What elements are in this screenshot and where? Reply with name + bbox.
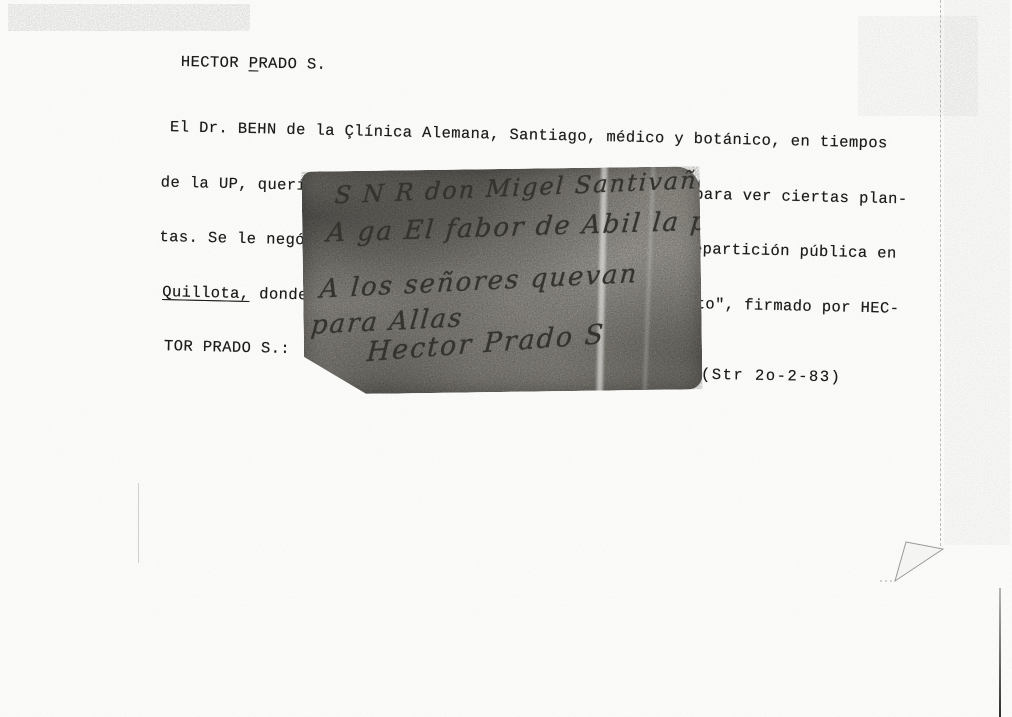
heading-underlined-letter: P [249,54,259,72]
right-edge-speckle-column [944,0,1010,545]
source-caption: (Str 2o-2-83) [701,366,842,387]
underlined-word: Quillota, [162,283,250,303]
line-text: El Dr. BEHN de la Çlínica Alemana, Santi… [170,118,888,152]
handwritten-note-scan: S N R don Migel Santivañez A ga El fabor… [301,166,702,395]
page-curl [880,530,960,590]
scan-edge-dashed-line [940,0,941,546]
paragraph-line: El Dr. BEHN de la Çlínica Alemana, Santi… [162,118,909,154]
scan-artifact-line [138,483,139,563]
page-title: HECTOR PRADO S. [181,53,327,74]
scan-edge-dark-line [999,588,1001,717]
top-left-speckle-band [8,4,250,31]
heading-post: RADO S. [258,54,326,73]
line-text: TOR PRADO S.: [164,337,291,358]
heading-pre: HECTOR [181,53,249,72]
scanned-document-page: HECTOR PRADO S. El Dr. BEHN de la Çlínic… [0,0,1012,717]
